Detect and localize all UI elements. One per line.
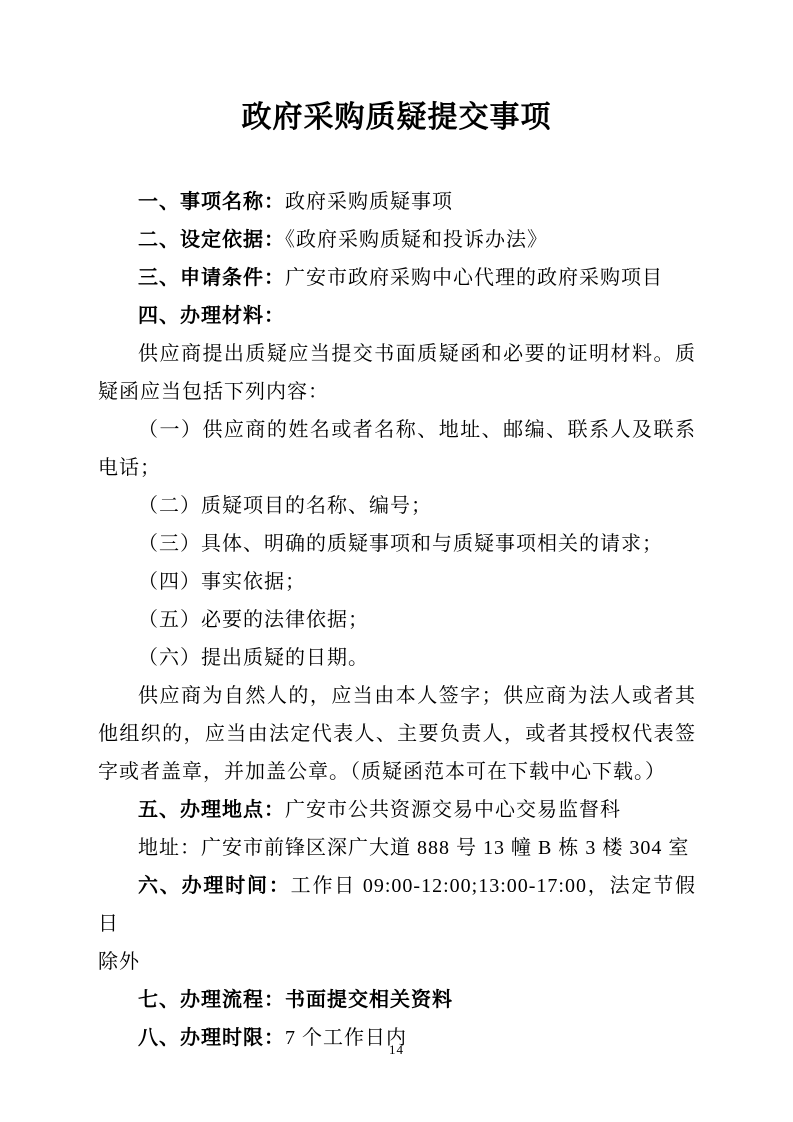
item-label: 七、办理流程： (138, 989, 285, 1011)
document-body: 一、事项名称：政府采购质疑事项 二、设定依据：《政府采购质疑和投诉办法》 三、申… (98, 183, 696, 1057)
item-label: 四、办理材料： (138, 305, 285, 327)
line-content-item-1a: （一）供应商的姓名或者名称、地址、邮编、联系人及联系 (98, 411, 696, 449)
item-text: 除外 (98, 951, 140, 973)
item-text: 疑函应当包括下列内容： (98, 381, 329, 403)
line-signature-para-2: 他组织的，应当由法定代表人、主要负责人，或者其授权代表签 (98, 715, 696, 753)
item-text: 《政府采购质疑和投诉办法》 (285, 229, 548, 251)
line-signature-para-3: 字或者盖章，并加盖公章。（质疑函范本可在下载中心下载。） (98, 753, 696, 791)
item-label: 五、办理地点： (138, 799, 285, 821)
line-materials-para-2: 疑函应当包括下列内容： (98, 373, 696, 411)
item-label: 三、申请条件： (138, 267, 285, 289)
item-text: 政府采购质疑事项 (285, 191, 453, 213)
item-label: 一、事项名称： (138, 191, 285, 213)
item-label: 二、设定依据： (138, 229, 285, 251)
line-application-conditions: 三、申请条件：广安市政府采购中心代理的政府采购项目 (98, 259, 696, 297)
line-hours-1: 六、办理时间：工作日 09:00-12:00;13:00-17:00，法定节假日 (98, 867, 696, 943)
line-content-item-6: （六）提出质疑的日期。 (98, 639, 696, 677)
line-materials-para-1: 供应商提出质疑应当提交书面质疑函和必要的证明材料。质 (98, 335, 696, 373)
item-text: 供应商为自然人的，应当由本人签字；供应商为法人或者其 (138, 685, 696, 707)
item-text: 他组织的，应当由法定代表人、主要负责人，或者其授权代表签 (98, 723, 696, 745)
line-content-item-3: （三）具体、明确的质疑事项和与质疑事项相关的请求； (98, 525, 696, 563)
page-title: 政府采购质疑提交事项 (0, 0, 793, 139)
item-text: （二）质疑项目的名称、编号； (138, 495, 432, 517)
item-text: 书面提交相关资料 (285, 989, 453, 1011)
line-content-item-5: （五）必要的法律依据； (98, 601, 696, 639)
item-text: 广安市政府采购中心代理的政府采购项目 (285, 267, 663, 289)
line-content-item-4: （四）事实依据； (98, 563, 696, 601)
line-hours-2: 除外 (98, 943, 696, 981)
line-address: 地址：广安市前锋区深广大道 888 号 13 幢 B 栋 3 楼 304 室 (98, 829, 696, 867)
line-materials-heading: 四、办理材料： (98, 297, 696, 335)
line-location: 五、办理地点：广安市公共资源交易中心交易监督科 (98, 791, 696, 829)
item-text: 字或者盖章，并加盖公章。（质疑函范本可在下载中心下载。） (98, 761, 666, 783)
item-label: 六、办理时间： (138, 875, 291, 897)
item-text: （四）事实依据； (138, 571, 306, 593)
item-text: 电话； (98, 457, 161, 479)
item-text: （三）具体、明确的质疑事项和与质疑事项相关的请求； (138, 533, 663, 555)
line-content-item-2: （二）质疑项目的名称、编号； (98, 487, 696, 525)
line-content-item-1b: 电话； (98, 449, 696, 487)
page-number: 14 (0, 1042, 793, 1058)
document-page: 政府采购质疑提交事项 一、事项名称：政府采购质疑事项 二、设定依据：《政府采购质… (0, 0, 793, 1122)
item-text: 地址：广安市前锋区深广大道 888 号 13 幢 B 栋 3 楼 304 室 (138, 837, 689, 859)
item-text: 供应商提出质疑应当提交书面质疑函和必要的证明材料。质 (138, 343, 696, 365)
item-text: （六）提出质疑的日期。 (138, 647, 369, 669)
item-text: （五）必要的法律依据； (138, 609, 369, 631)
line-setting-basis: 二、设定依据：《政府采购质疑和投诉办法》 (98, 221, 696, 259)
item-text: 广安市公共资源交易中心交易监督科 (285, 799, 621, 821)
line-process: 七、办理流程：书面提交相关资料 (98, 981, 696, 1019)
line-item-name: 一、事项名称：政府采购质疑事项 (98, 183, 696, 221)
item-text: （一）供应商的姓名或者名称、地址、邮编、联系人及联系 (138, 419, 696, 441)
line-signature-para-1: 供应商为自然人的，应当由本人签字；供应商为法人或者其 (98, 677, 696, 715)
